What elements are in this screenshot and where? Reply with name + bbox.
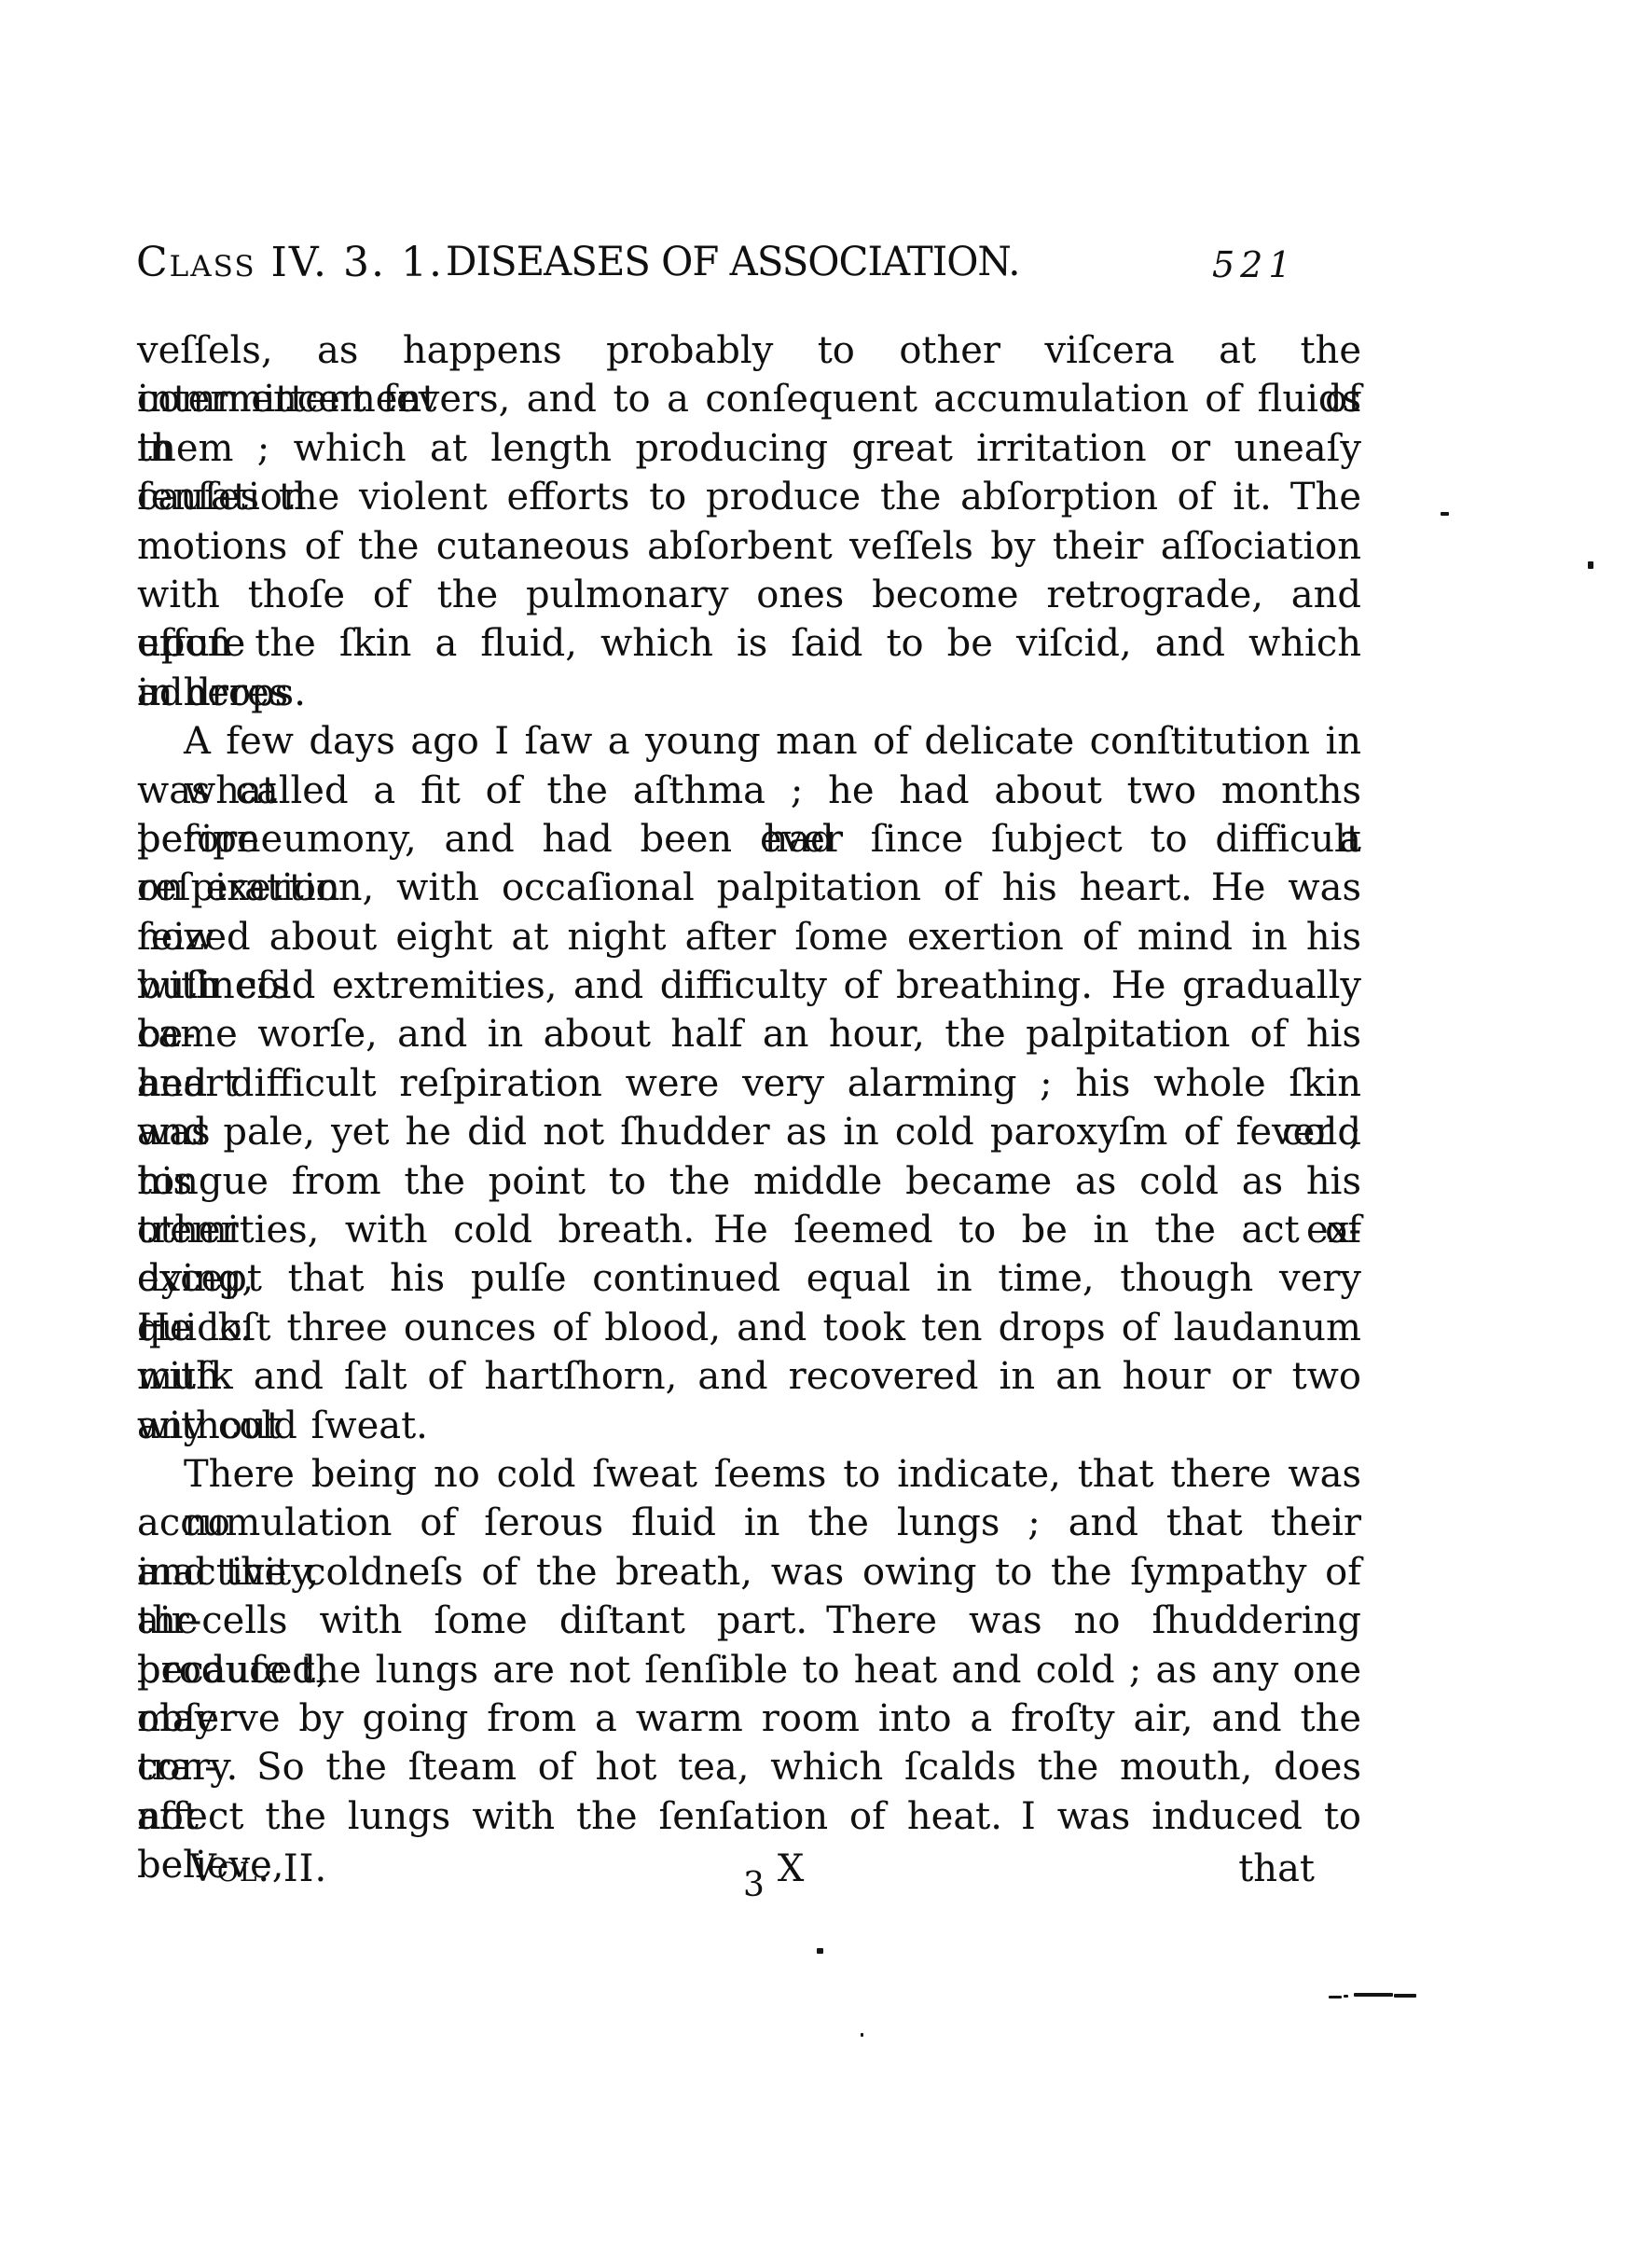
text-line: tongue from the point to the middle beca…	[137, 1157, 1361, 1206]
text-line: motions of the cutaneous abſorbent veſſe…	[137, 522, 1361, 571]
text-line: becauſe the lungs are not ſenſible to he…	[137, 1646, 1361, 1694]
text-line: A few days ago I ſaw a young man of deli…	[137, 717, 1361, 766]
text-line: trary. So the ſteam of hot tea, which ſc…	[137, 1743, 1361, 1791]
text-line: veſſels, as happens probably to other vi…	[137, 326, 1361, 375]
text-line: with thoſe of the pulmonary ones become …	[137, 571, 1361, 619]
ink-stroke	[1344, 1995, 1348, 1998]
text-line: was called a fit of the aſthma ; he had …	[137, 767, 1361, 815]
body-text: veſſels, as happens probably to other vi…	[137, 326, 1361, 1841]
text-line: upon the ſkin a fluid, which is ſaid to …	[137, 619, 1361, 668]
text-line: came worſe, and in about half an hour, t…	[137, 1010, 1361, 1058]
text-line: and the coldneſs of the breath, was owin…	[137, 1548, 1361, 1597]
text-line: obſerve by going from a warm room into a…	[137, 1694, 1361, 1743]
ink-speck	[817, 1948, 823, 1954]
text-line: He loſt three ounces of blood, and took …	[137, 1304, 1361, 1352]
text-line: and difficult reſpiration were very alar…	[137, 1059, 1361, 1108]
ink-speck	[1441, 512, 1449, 516]
text-line: ſeized about eight at night after ſome e…	[137, 913, 1361, 961]
signature-number: 3	[743, 1866, 765, 1904]
text-line: peripneumony, and had been ever ſince ſu…	[137, 815, 1361, 864]
text-line: and pale, yet he did not ſhudder as in c…	[137, 1108, 1361, 1156]
ink-stroke	[1329, 1996, 1342, 1998]
text-line: any cold ſweat.	[137, 1402, 1361, 1450]
ink-speck	[1588, 561, 1593, 569]
signature-letter: X	[778, 1847, 804, 1890]
ink-speck	[861, 2033, 863, 2037]
running-head: Class IV. 3. 1. DISEASES OF ASSOCIATION.…	[0, 239, 1641, 295]
text-line: There being no cold ſweat ſeems to indic…	[137, 1450, 1361, 1499]
catchword: that	[1238, 1847, 1315, 1890]
signature-mark: 3X	[743, 1847, 804, 1890]
text-line: with cold extremities, and difficulty of…	[137, 961, 1361, 1010]
text-line: tremities, with cold breath. He ſeemed t…	[137, 1206, 1361, 1254]
text-line: in drops.	[137, 669, 1361, 717]
footer-line: Vol. II. 3X that	[137, 1847, 1361, 1903]
text-line: intermittent fevers, and to a conſequent…	[137, 375, 1361, 423]
text-line: them ; which at length producing great i…	[137, 424, 1361, 473]
volume-label: Vol. II.	[189, 1847, 327, 1890]
text-line: air-cells with ſome diſtant part. There …	[137, 1597, 1361, 1645]
text-line: except that his pulſe continued equal in…	[137, 1254, 1361, 1303]
ink-stroke	[1394, 1994, 1416, 1998]
ink-stroke	[1354, 1993, 1393, 1997]
text-line: affect the lungs with the ſenſation of h…	[137, 1792, 1361, 1841]
text-line: muſk and ſalt of hartſhorn, and recovere…	[137, 1352, 1361, 1401]
text-line: on exertion, with occaſional palpitation…	[137, 864, 1361, 912]
class-label: Class IV. 3. 1.	[136, 239, 444, 286]
scanned-book-page: Class IV. 3. 1. DISEASES OF ASSOCIATION.…	[0, 0, 1641, 2268]
text-line: cauſes the violent efforts to produce th…	[137, 473, 1361, 521]
page-title: DISEASES OF ASSOCIATION.	[446, 239, 1020, 285]
page-number: 521	[1212, 244, 1297, 285]
text-line: accumulation of ſerous fluid in the lung…	[137, 1499, 1361, 1547]
